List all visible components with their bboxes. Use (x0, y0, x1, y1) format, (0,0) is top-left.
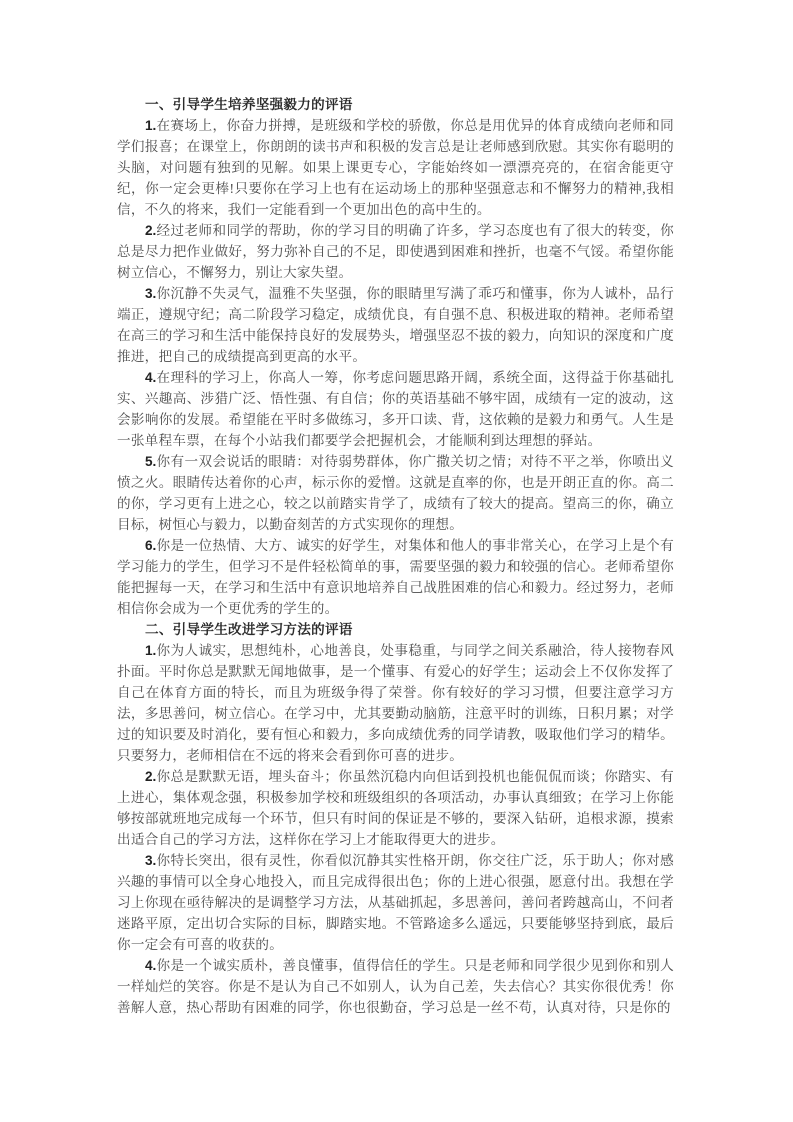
item-text: 你沉静不失灵气，温雅不失坚强，你的眼睛里写满了乖巧和懂事，你为人诚朴，品行端正，… (117, 286, 674, 364)
section-2-heading: 二、引导学生改进学习方法的评语 (117, 619, 674, 640)
comment-paragraph: 1.你为人诚实，思想纯朴，心地善良，处事稳重，与同学之间关系融洽，待人接物春风扑… (117, 640, 674, 766)
item-number: 5. (145, 454, 156, 469)
comment-paragraph: 3.你特长突出，很有灵性，你看似沉静其实性格开朗，你交往广泛，乐于助人；你对感兴… (117, 850, 674, 955)
item-number: 3. (145, 853, 156, 868)
comment-paragraph: 5.你有一双会说话的眼睛：对待弱势群体，你广撒关切之情；对待不平之举，你喷出义愤… (117, 451, 674, 535)
item-number: 1. (145, 118, 156, 133)
item-text: 在理科的学习上，你高人一筹，你考虑问题思路开阔，系统全面，这得益于你基础扎实、兴… (117, 370, 674, 448)
item-text: 你是一个诚实质朴，善良懂事，值得信任的学生。只是老师和同学很少见到你和别人一样灿… (117, 958, 674, 1015)
comment-paragraph: 4.在理科的学习上，你高人一筹，你考虑问题思路开阔，系统全面，这得益于你基础扎实… (117, 367, 674, 451)
document-page: 一、引导学生培养坚强毅力的评语 1.在赛场上，你奋力拼搏，是班级和学校的骄傲，你… (0, 0, 793, 1122)
item-number: 4. (145, 370, 156, 385)
section-1-heading: 一、引导学生培养坚强毅力的评语 (117, 94, 674, 115)
item-number: 2. (145, 223, 156, 238)
item-text: 你为人诚实，思想纯朴，心地善良，处事稳重，与同学之间关系融洽，待人接物春风扑面。… (117, 643, 674, 763)
item-text: 你是一位热情、大方、诚实的好学生，对集体和他人的事非常关心，在学习上是个有学习能… (117, 538, 674, 616)
comment-paragraph: 3.你沉静不失灵气，温雅不失坚强，你的眼睛里写满了乖巧和懂事，你为人诚朴，品行端… (117, 283, 674, 367)
item-number: 6. (145, 538, 156, 553)
document-text-block: 一、引导学生培养坚强毅力的评语 1.在赛场上，你奋力拼搏，是班级和学校的骄傲，你… (117, 94, 674, 1018)
item-number: 4. (145, 958, 156, 973)
item-text: 你特长突出，很有灵性，你看似沉静其实性格开朗，你交往广泛，乐于助人；你对感兴趣的… (117, 853, 674, 952)
item-text: 经过老师和同学的帮助，你的学习目的明确了许多，学习态度也有了很大的转变，你总是尽… (117, 223, 674, 280)
item-text: 你总是默默无语，埋头奋斗；你虽然沉稳内向但话到投机也能侃侃而谈；你踏实、有上进心… (117, 769, 674, 847)
item-number: 1. (145, 643, 156, 658)
item-number: 2. (145, 769, 156, 784)
comment-paragraph: 1.在赛场上，你奋力拼搏，是班级和学校的骄傲，你总是用优异的体育成绩向老师和同学… (117, 115, 674, 220)
item-text: 你有一双会说话的眼睛：对待弱势群体，你广撒关切之情；对待不平之举，你喷出义愤之火… (117, 454, 674, 532)
comment-paragraph: 6.你是一位热情、大方、诚实的好学生，对集体和他人的事非常关心，在学习上是个有学… (117, 535, 674, 619)
item-text: 在赛场上，你奋力拼搏，是班级和学校的骄傲，你总是用优异的体育成绩向老师和同学们报… (117, 118, 674, 217)
comment-paragraph: 4.你是一个诚实质朴，善良懂事，值得信任的学生。只是老师和同学很少见到你和别人一… (117, 955, 674, 1018)
item-number: 3. (145, 286, 156, 301)
comment-paragraph: 2.经过老师和同学的帮助，你的学习目的明确了许多，学习态度也有了很大的转变，你总… (117, 220, 674, 283)
comment-paragraph: 2.你总是默默无语，埋头奋斗；你虽然沉稳内向但话到投机也能侃侃而谈；你踏实、有上… (117, 766, 674, 850)
